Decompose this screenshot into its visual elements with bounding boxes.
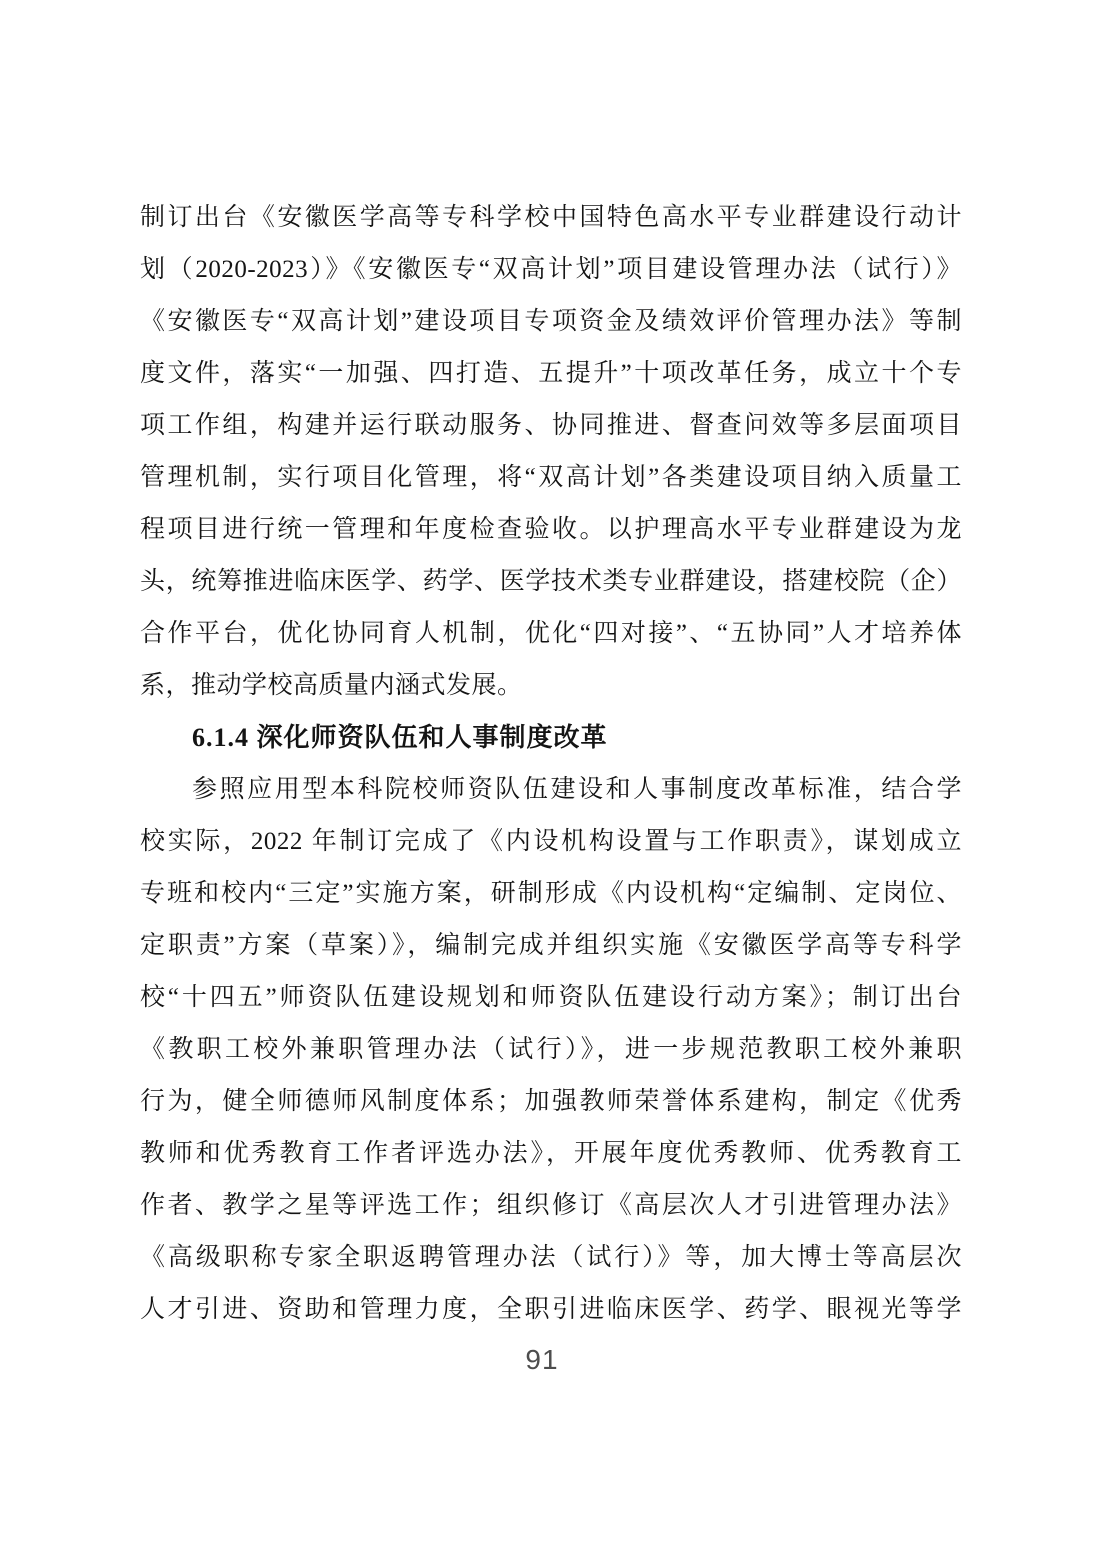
text-line: 行为，健全师德师风制度体系；加强教师荣誉体系建构，制定《优秀 — [140, 1076, 962, 1128]
text-line: 管理机制，实行项目化管理，将“双高计划”各类建设项目纳入质量工 — [140, 452, 962, 504]
text-line: 参照应用型本科院校师资队伍建设和人事制度改革标准，结合学 — [140, 764, 962, 816]
text-line: 教师和优秀教育工作者评选办法》，开展年度优秀教师、优秀教育工 — [140, 1128, 962, 1180]
text-line: 制订出台《安徽医学高等专科学校中国特色高水平专业群建设行动计 — [140, 192, 962, 244]
text-line: 《高级职称专家全职返聘管理办法（试行）》等，加大博士等高层次 — [140, 1232, 962, 1284]
text-line: 《教职工校外兼职管理办法（试行）》，进一步规范教职工校外兼职 — [140, 1024, 962, 1076]
text-line: 校实际，2022 年制订完成了《内设机构设置与工作职责》，谋划成立 — [140, 816, 962, 868]
text-line: 程项目进行统一管理和年度检查验收。以护理高水平专业群建设为龙 — [140, 504, 962, 556]
text-line: 定职责”方案（草案）》，编制完成并组织实施《安徽医学高等专科学 — [140, 920, 962, 972]
text-line: 度文件，落实“一加强、四打造、五提升”十项改革任务，成立十个专 — [140, 348, 962, 400]
text-line: 头，统筹推进临床医学、药学、医学技术类专业群建设，搭建校院（企） — [140, 556, 962, 608]
text-line: 合作平台，优化协同育人机制，优化“四对接”、“五协同”人才培养体 — [140, 608, 962, 660]
text-line: 人才引进、资助和管理力度，全职引进临床医学、药学、眼视光等学 — [140, 1284, 962, 1336]
text-line: 系，推动学校高质量内涵式发展。 — [140, 660, 962, 712]
document-body: 制订出台《安徽医学高等专科学校中国特色高水平专业群建设行动计划（2020-202… — [140, 192, 962, 1336]
text-line: 专班和校内“三定”实施方案，研制形成《内设机构“定编制、定岗位、 — [140, 868, 962, 920]
document-page: 制订出台《安徽医学高等专科学校中国特色高水平专业群建设行动计划（2020-202… — [0, 0, 1102, 1559]
page-number: 91 — [0, 1344, 1084, 1376]
section-heading: 6.1.4 深化师资队伍和人事制度改革 — [140, 712, 962, 764]
text-line: 校“十四五”师资队伍建设规划和师资队伍建设行动方案》；制订出台 — [140, 972, 962, 1024]
text-line: 作者、教学之星等评选工作；组织修订《高层次人才引进管理办法》 — [140, 1180, 962, 1232]
text-line: 划（2020-2023）》《安徽医专“双高计划”项目建设管理办法（试行）》 — [140, 244, 962, 296]
text-line: 《安徽医专“双高计划”建设项目专项资金及绩效评价管理办法》等制 — [140, 296, 962, 348]
text-line: 项工作组，构建并运行联动服务、协同推进、督查问效等多层面项目 — [140, 400, 962, 452]
